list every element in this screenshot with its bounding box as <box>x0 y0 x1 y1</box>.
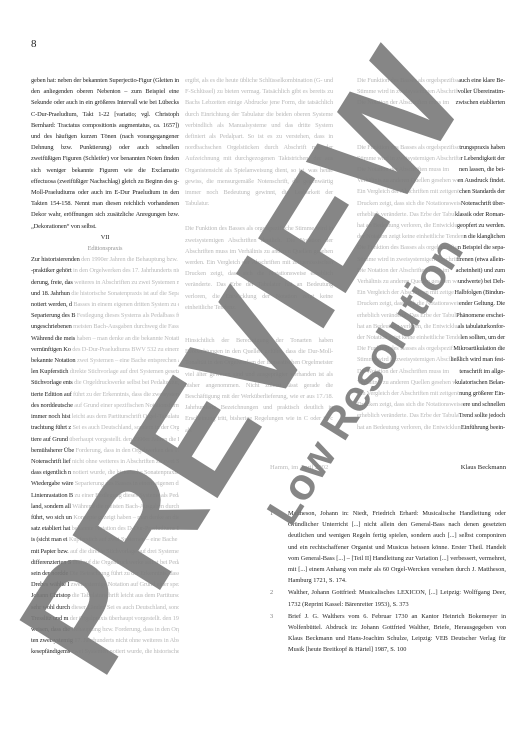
text-line: Zur historisierenden den 1990er Jahren d… <box>31 254 179 265</box>
text-line: Die Notation der Abschriften muss imzwis… <box>357 97 505 108</box>
text-line: Die Funktion des Basses als orgelspezifi… <box>357 75 505 86</box>
text-faded: Die Notation der Abschriften muss im <box>357 265 456 276</box>
text-visible: Phänomene erschei- <box>456 310 505 321</box>
text-visible: sehr wohl durch <box>31 604 71 611</box>
text-visible: Separierung des B <box>31 312 77 319</box>
text-line: Die Funktion des Basses als orgelspezifi… <box>357 142 505 153</box>
text-line: -praktiker gehört in den Orgelwerken des… <box>31 265 179 276</box>
text-line: Verhältnis zu anderen Quellen gesehen we… <box>357 377 505 388</box>
text-visible: dass eigentlich n <box>31 469 73 476</box>
footnote: 1 Mattheson, Johann in: Niedt, Friedrich… <box>270 508 506 586</box>
text-line: bekannte Notation zwei Systemen – eine B… <box>31 355 179 366</box>
text-faded: Ein Vergleich der Abschriften mit zeitge… <box>357 287 454 298</box>
text-visible: Zur historisierenden <box>31 256 81 263</box>
text-faded: haben – man denke an die bekannte Notati… <box>77 335 179 342</box>
section-title: Editionspraxis <box>31 243 179 254</box>
text-faded: Die Funktion des Basses als orgelspezifi… <box>357 343 453 354</box>
middle-paragraph-1: ergibt, als es die heute übliche Schlüss… <box>185 75 333 209</box>
text-line: Verhältnis zu anderen Quellen gesehen we… <box>357 276 505 287</box>
text-visible: is (sicht man ei <box>31 536 69 543</box>
text-visible: Trend sollte jedoch <box>459 410 505 421</box>
text-faded: nicht ohne weiteres in Abschriften zu zw… <box>72 458 179 465</box>
text-visible: kesepfändigems <box>31 648 72 655</box>
text-faded: Festlegung dieses Systems als Pedalbass … <box>77 312 179 319</box>
text-faded: überhaupt vorgestellt. den 1990er Jahren… <box>69 436 179 443</box>
text-line: hat an Bedeutung verloren, die Entwicklu… <box>357 220 505 231</box>
text-faded: erheblich veränderte. Das Erbe der Tabul… <box>357 209 455 220</box>
text-visible: len sollten, um der <box>460 332 505 343</box>
text-faded: Die Notation der Abschriften muss im <box>357 164 459 175</box>
text-visible: ungeschriebenen <box>31 323 73 330</box>
text-line: Notenschrift lief nicht ohne weiteres in… <box>31 456 179 467</box>
text-visible: ffrenen (etwa allein- <box>456 254 505 265</box>
text-visible: bekannte Notation <box>31 357 77 364</box>
text-line: tierte Edition auf führt zu der Erkenntn… <box>31 389 179 400</box>
footnote-number: 1 <box>270 508 288 586</box>
text-faded: Die Notation der Abschriften muss im <box>357 97 456 108</box>
text-faded: der Notation zeigt keine einheitliche Te… <box>357 231 464 242</box>
text-line: Wiedergabe wäre Separierung des Basses i… <box>31 478 179 489</box>
text-visible: trachtung führt z <box>31 424 73 431</box>
text-faded: die Tabulaturschrift leicht aus dem Part… <box>72 592 179 599</box>
text-faded: leicht aus dem Partiturschrift Orgel-Tab… <box>72 413 179 420</box>
middle-paragraph-3: Hinsichtlich der Berechtigung der Tonart… <box>185 335 333 436</box>
text-visible: en Ausdruck findet. <box>458 175 505 186</box>
text-line: immer noch hist leicht aus dem Partiturs… <box>31 411 179 422</box>
left-column: geben hat: neben der bekannten Superject… <box>31 75 179 658</box>
text-line: Während die meis haben – man denke an di… <box>31 333 179 344</box>
place-date: Hamm, im April 2002 <box>270 464 328 471</box>
text-line: ungeschriebenen meisten Bach-Ausgaben du… <box>31 321 179 332</box>
text-faded: dieser Länder. Sei es auch Deutschland, … <box>71 604 179 611</box>
text-line: hat an Bedeutung verloren, die Entwicklu… <box>357 321 505 332</box>
text-faded: Konzepte gezeigt haben – man denke an di… <box>73 514 179 521</box>
text-line: führt, wo sich un Konzepte gezeigt haben… <box>31 512 179 523</box>
text-visible: ere und schnellen <box>463 399 505 410</box>
text-line: erheblich veränderte. Das Erbe der Tabul… <box>357 209 505 220</box>
text-line: Die Notation der Abschriften muss imtens… <box>357 366 505 377</box>
text-line: Drucken zeigt, dass sich die Notationswe… <box>357 198 505 209</box>
text-visible: n Beispiel die sepa- <box>458 242 505 253</box>
text-line: der Notation zeigt keine einheitliche Te… <box>357 332 505 343</box>
text-line: Die Funktion des Basses als orgelspezifi… <box>357 242 505 253</box>
footnote: 2 Walther, Johann Gottfried: Musicalisch… <box>270 587 506 609</box>
footnotes: 1 Mattheson, Johann in: Niedt, Friedrich… <box>270 508 506 657</box>
text-faded: Separierung des Basses in einem eigenen … <box>75 480 179 487</box>
footnote-text: Brief J. G. Walthers vom 6. Februar 1730… <box>288 611 506 656</box>
text-visible: satz etabliert hat <box>31 525 72 532</box>
right-paragraph-2: Die Funktion des Basses als orgelspezifi… <box>357 142 505 433</box>
text-line: Drucken zeigt, dass sich die Notationswe… <box>357 399 505 410</box>
text-line: bemühsherer Übe Forderung, dass in den O… <box>31 445 179 456</box>
text-faded: Die Funktion des Basses als orgelspezifi… <box>357 242 458 253</box>
text-visible: len Kupferstich <box>31 368 70 375</box>
text-faded: Verhältnis zu anderen Quellen gesehen we… <box>357 377 455 388</box>
text-faded: hat an Bedeutung verloren, die Entwicklu… <box>357 220 457 231</box>
text-faded: Stimme wird in zweisystemigen Abschrifte… <box>357 354 450 365</box>
text-visible: land, sondern all <box>31 503 72 510</box>
text-visible: differenzierten S <box>31 559 73 566</box>
text-faded: die Orgeldruckwerke selbst bei Pedaltext… <box>74 379 179 386</box>
text-faded: auf die direkte Stichvorlage auf drei Sy… <box>70 548 179 555</box>
text-faded: Stimme wird in zweisystemigen Abschrifte… <box>357 153 461 164</box>
text-visible: Mikroartikulation die <box>453 343 505 354</box>
text-faded: weiteres in Abschriften zu zwei Systemen… <box>74 279 179 286</box>
text-visible: r Lebendigkeit der <box>461 153 506 164</box>
text-visible: -praktiker gehört <box>31 267 73 274</box>
text-faded: Ein Vergleich der Abschriften mit zeitge… <box>357 388 459 399</box>
text-visible: führt, wo sich un <box>31 514 73 521</box>
text-line: des norddeutsche auf Grund einer spezifi… <box>31 400 179 411</box>
text-faded: hat an Bedeutung verloren, die Entwicklu… <box>357 422 461 433</box>
text-line: kesepfändigems zwei Systemen notiert wur… <box>31 646 179 657</box>
text-visible: notiert werden, d <box>31 301 73 308</box>
text-line: Die Funktion des Basses als orgelspezifi… <box>357 343 505 354</box>
text-faded: Während die meisten Bach-Ausgaben durchw… <box>72 503 179 510</box>
text-faded: zwei Systemen notiert wurde, die histori… <box>72 648 179 655</box>
text-visible: ten zweisystemig <box>31 637 74 644</box>
text-faded: in den Orgelwerken des 17. Jahrhunderts … <box>73 267 179 274</box>
text-line: sein der nordde Die Betrachtung führt zu… <box>31 568 179 579</box>
text-visible: voller Übereinstim- <box>458 86 505 97</box>
text-faded: Die Betrachtung führt zu der Erkenntnis,… <box>70 570 179 577</box>
text-line: dass eigentlich n notiert wurde, die his… <box>31 467 179 478</box>
text-line: tiere auf Grund überhaupt vorgestellt. d… <box>31 434 179 445</box>
text-visible: immer noch hist <box>31 413 72 420</box>
text-visible: Während die meis <box>31 335 77 342</box>
footnote-text: Walther, Johann Gottfried: Musicalisches… <box>288 587 506 609</box>
text-line: Die Notation der Abschriften muss imache… <box>357 265 505 276</box>
text-faded: Die Notation der Abschriften muss im <box>357 366 459 377</box>
text-visible: trungspraxis haben <box>459 142 505 153</box>
text-visible: tierte Edition auf <box>31 391 73 398</box>
text-visible: tenschrift im allge- <box>459 366 505 377</box>
text-faded: direkte Stichvorlage auf drei Systemen g… <box>70 368 179 375</box>
middle-column: ergibt, als es die heute übliche Schlüss… <box>185 75 333 436</box>
text-visible: n die klanglichen <box>464 231 505 242</box>
text-visible: weisen, dass die <box>31 626 71 633</box>
signature-line: Hamm, im April 2002 Klaus Beckmann <box>270 464 506 471</box>
text-faded: hat an Bedeutung verloren, die Entwicklu… <box>357 321 458 332</box>
text-faded: Forderung, dass in den Orgelwerken des 1… <box>75 447 179 454</box>
text-visible: bemühsherer Übe <box>31 447 75 454</box>
left-paragraph-1: geben hat: neben der bekannten Superject… <box>31 75 179 232</box>
footnote-text: Mattheson, Johann in: Niedt, Friedrich E… <box>288 508 506 586</box>
text-visible: Linienrastation B <box>31 492 74 499</box>
text-line: Ein Vergleich der Abschriften mit zeitge… <box>357 186 505 197</box>
text-line: Drucken zeigt, dass sich die Notationswe… <box>357 298 505 309</box>
text-line: satz etabliert hat bekannte Notation des… <box>31 523 179 534</box>
text-visible: sein der nordde <box>31 570 70 577</box>
text-visible: derung, freie, das <box>31 279 74 286</box>
text-faded: die historische Sonatenpraxis ist auf di… <box>71 290 179 297</box>
text-faded: auf Grund einer spezifischen Notationsfo… <box>74 402 179 409</box>
text-faded: meisten Bach-Ausgaben durchweg die Fassu… <box>73 323 179 330</box>
section-number: VII <box>31 232 179 243</box>
text-line: sehr wohl durch dieser Länder. Sei es au… <box>31 602 179 613</box>
text-visible: zwischen etablierten <box>456 97 505 108</box>
text-line: Ein Vergleich der Abschriften mit zeitge… <box>357 287 505 298</box>
text-faded: zu einer Festlegung dieses Systems als P… <box>74 492 179 499</box>
text-line: trachtung führt z Sei es auch Deutschlan… <box>31 422 179 433</box>
text-visible: auch eine klare Be- <box>458 75 505 86</box>
text-line: Stimme wird in zweisystemigen Abschrifte… <box>357 354 505 365</box>
text-line: ten zweisystemig 17. Jahrhunderts nicht … <box>31 635 179 646</box>
text-line: differenzierten S und auf die Orgeldruck… <box>31 557 179 568</box>
text-line: land, sondern all Während die meisten Ba… <box>31 501 179 512</box>
footnote-number: 3 <box>270 611 288 656</box>
right-paragraph-1: Die Funktion des Basses als orgelspezifi… <box>357 75 505 109</box>
text-faded: des D-Dur-Praeludiums BWV 532 zu einem K… <box>72 346 179 353</box>
text-faded: erheblich veränderte. Das Erbe der Tabul… <box>357 410 459 421</box>
text-visible: Tresslitz und m <box>31 615 70 622</box>
text-visible: vernünftigen Ko <box>31 346 72 353</box>
text-line: mit Papier bzw. auf die direkte Stichvor… <box>31 546 179 557</box>
text-line: Separierung des B Festlegung dieses Syst… <box>31 310 179 321</box>
text-visible: ließlich wird man fest- <box>450 354 505 365</box>
author-name: Klaus Beckmann <box>461 464 506 471</box>
footnote-number: 2 <box>270 587 288 609</box>
text-line: Drehes wählte I zweisystemige Notation a… <box>31 579 179 590</box>
left-paragraph-2: Zur historisierenden den 1990er Jahren d… <box>31 254 179 657</box>
text-faded: Stimme wird in zweisystemigen Abschrifte… <box>357 86 458 97</box>
text-faded: Ein Vergleich der Abschriften mit zeitge… <box>357 186 459 197</box>
text-line: Stimme wird in zweisystemigen Abschrifte… <box>357 153 505 164</box>
text-faded: Drucken zeigt, dass sich die Notationswe… <box>357 399 463 410</box>
text-line: weisen, dass die Behauptung bzw. Forderu… <box>31 624 179 635</box>
text-visible: Notenschrift über- <box>461 198 505 209</box>
text-faded: notiert wurde, die historische Sonatenpr… <box>73 469 180 476</box>
text-visible: ender Geltung. Die <box>459 298 505 309</box>
right-column: Die Funktion des Basses als orgelspezifi… <box>357 75 505 433</box>
text-visible: nen lassen, die bei- <box>459 164 505 175</box>
text-visible: Einführung beein- <box>461 422 505 433</box>
text-visible: Halbfolgen (Bindun- <box>454 287 505 298</box>
text-line: derung, freie, das weiteres in Abschrift… <box>31 277 179 288</box>
text-visible: mit Papier bzw. <box>31 548 70 555</box>
text-line: Johann Christop die Tabulaturschrift lei… <box>31 590 179 601</box>
text-faded: führt zu der Erkenntnis, dass die zweisy… <box>73 391 179 398</box>
text-faded: Sei es auch Deutschland, sondern in der … <box>73 424 180 431</box>
text-visible: des norddeutsche <box>31 402 74 409</box>
text-visible: nung größerer Ein- <box>459 388 505 399</box>
text-line: erheblich veränderte. Das Erbe der Tabul… <box>357 410 505 421</box>
text-visible: chen Standards der <box>459 186 505 197</box>
text-faded: Behauptung bzw. Forderung, dass in den O… <box>71 626 179 633</box>
text-visible: Johann Christop <box>31 592 72 599</box>
text-faded: zweisystemige Notation auf Grund einer s… <box>71 581 179 588</box>
text-visible: Notenschrift lief <box>31 458 72 465</box>
text-faded: der Orgelpraxis überhaupt vorgestellt. d… <box>70 615 179 622</box>
text-faded: Drucken zeigt, dass sich die Notationswe… <box>357 298 459 309</box>
text-line: der Notation zeigt keine einheitliche Te… <box>357 231 505 242</box>
text-visible: Wiedergabe wäre <box>31 480 75 487</box>
text-faded: Basses in einem eigenen dritten System z… <box>73 301 179 308</box>
text-line: Linienrastation B zu einer Festlegung di… <box>31 490 179 501</box>
text-faded: und auf die Orgeldruckwerke selbst bei P… <box>73 559 179 566</box>
text-faded: 17. Jahrhunderts nicht ohne weiteres in … <box>74 637 179 644</box>
text-line: hat an Bedeutung verloren, die Entwicklu… <box>357 422 505 433</box>
text-line: und 18. Jahrhun die historische Sonatenp… <box>31 288 179 299</box>
text-faded: erheblich veränderte. Das Erbe der Tabul… <box>357 310 456 321</box>
text-visible: acheinheit) und zum <box>456 265 505 276</box>
middle-paragraph-2: Die Funktion des Basses als orgelspezifi… <box>185 223 333 313</box>
text-visible: kulatorischen Belan- <box>455 377 505 388</box>
text-visible: als tabulaturkonfor- <box>458 321 505 332</box>
text-faded: Die Funktion des Basses als orgelspezifi… <box>357 142 459 153</box>
text-faded: bekannte Notation des D-Dur-Praeludiums … <box>72 525 179 532</box>
text-faded: Verhältnis zu anderen Quellen gesehen we… <box>357 276 458 287</box>
text-line: Stimme wird in zweisystemigen Abschrifte… <box>357 86 505 97</box>
text-visible: undwerte) bei Deh- <box>458 276 505 287</box>
text-line: Stimme wird in zweisystemigen Abschrifte… <box>357 254 505 265</box>
text-visible: und 18. Jahrhun <box>31 290 71 297</box>
text-visible: tiere auf Grund <box>31 436 69 443</box>
text-faded: zwei Systemen – eine Bache entsprechen a… <box>77 357 179 364</box>
text-line: Tresslitz und m der Orgelpraxis überhaup… <box>31 613 179 624</box>
text-faded: Drucken zeigt, dass sich die Notationswe… <box>357 198 461 209</box>
text-line: is (sicht man ei Kupferstich auf zwei Sy… <box>31 534 179 545</box>
text-faded: der Notation zeigt keine einheitliche Te… <box>357 332 460 343</box>
text-line: vernünftigen Ko des D-Dur-Praeludiums BW… <box>31 344 179 355</box>
text-line: len Kupferstich direkte Stichvorlage auf… <box>31 366 179 377</box>
text-faded: Kupferstich auf zwei Systemen – eine Bac… <box>69 536 179 543</box>
text-line: Ein Vergleich der Abschriften mit zeitge… <box>357 388 505 399</box>
text-visible: Stichvorlage ents <box>31 379 74 386</box>
text-visible: klassik oder Roman- <box>455 209 505 220</box>
text-faded: Die Funktion des Basses als orgelspezifi… <box>357 75 458 86</box>
text-visible: Drehes wählte I <box>31 581 71 588</box>
footnote: 3 Brief J. G. Walthers vom 6. Februar 17… <box>270 611 506 656</box>
text-line: Verhältnis zu anderen Quellen gesehen we… <box>357 175 505 186</box>
text-faded: Verhältnis zu anderen Quellen gesehen we… <box>357 175 458 186</box>
text-visible: geopfert zu werden. <box>457 220 505 231</box>
text-faded: den 1990er Jahren die Behauptung bzw. Fo… <box>81 256 179 263</box>
text-line: notiert werden, d Basses in einem eigene… <box>31 299 179 310</box>
text-line: Die Notation der Abschriften muss imnen … <box>357 164 505 175</box>
text-faded: Stimme wird in zweisystemigen Abschrifte… <box>357 254 456 265</box>
text-line: erheblich veränderte. Das Erbe der Tabul… <box>357 310 505 321</box>
text-line: Stichvorlage ents die Orgeldruckwerke se… <box>31 377 179 388</box>
page-number: 8 <box>31 38 37 50</box>
